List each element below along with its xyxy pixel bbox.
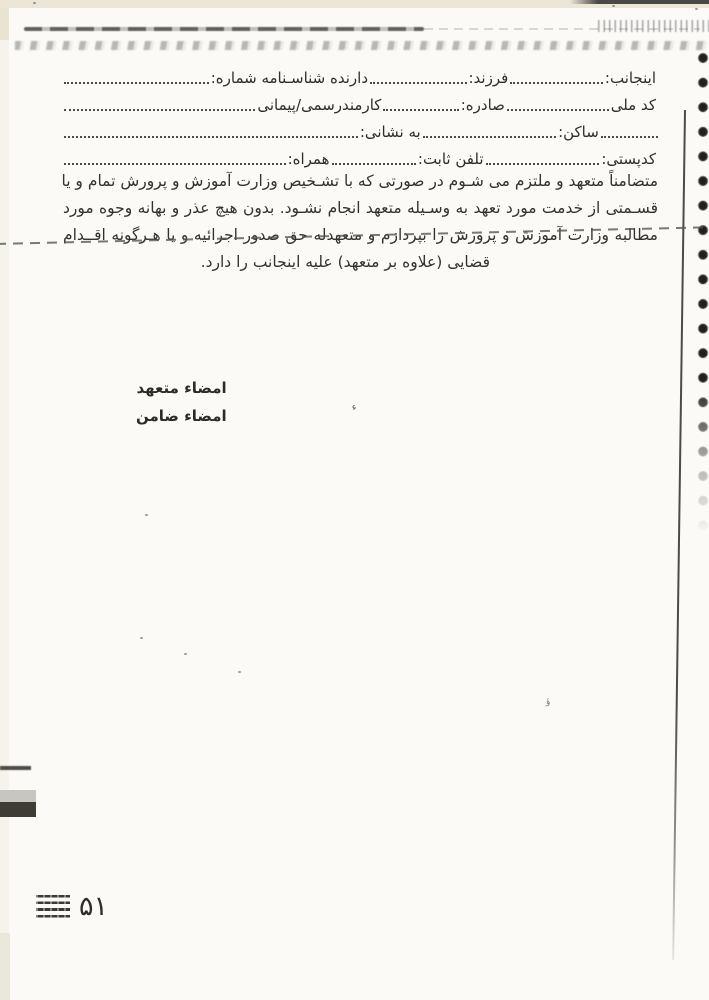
commitment-paragraph: متضامناً متعهد و ملتزم می شـوم در صورتی …	[63, 168, 658, 276]
signature-obligor-label: امضاء متعهد	[136, 374, 227, 402]
stray-ink-mark: ؤ	[546, 698, 550, 707]
page-number: ۵۱	[79, 894, 108, 920]
left-edge-dark-block	[0, 802, 36, 817]
label-landline: تلفن ثابت:	[416, 148, 486, 170]
label-national-code: کد ملی	[609, 94, 658, 116]
blank-id-number-field	[64, 82, 209, 84]
paragraph-line: قسـمتی از خدمت مورد تعهد به وسـیله متعهد…	[63, 195, 658, 222]
signature-block: امضاء متعهد امضاء ضامن	[136, 374, 227, 430]
top-right-tick-texture	[598, 20, 709, 32]
scan-speck	[695, 8, 698, 10]
stacked-lines-icon	[36, 894, 70, 920]
scan-speck	[33, 2, 36, 4]
scan-speck	[184, 653, 187, 655]
blank-city-field	[423, 136, 556, 138]
form-row-contact: کدپستی: تلفن ثابت: همراه:	[64, 143, 658, 170]
scan-speck	[145, 514, 148, 516]
blank-father-field	[370, 82, 466, 84]
left-edge-cream-bottom	[0, 933, 10, 1000]
blank-mobile-field	[64, 163, 286, 165]
form-row-identity: اینجانب: فرزند: دارنده شناسـنامه شماره:	[64, 62, 658, 89]
blank-name-field	[510, 82, 603, 84]
blank-landline-field	[332, 163, 416, 165]
left-edge-thin-mark	[0, 766, 31, 770]
scanned-document-page: { "colors": { "paper": "#fbfaf7", "ink":…	[0, 0, 709, 1000]
form-row-national-id: کد ملی صادره: کارمندرسمی/پیمانی	[64, 89, 658, 116]
label-issued-at: صادره:	[459, 94, 507, 116]
blank-national-code-field	[507, 109, 609, 111]
label-resident: ساکن:	[556, 121, 601, 143]
paragraph-line: متضامناً متعهد و ملتزم می شـوم در صورتی …	[63, 168, 658, 195]
blank-issued-field	[383, 109, 458, 111]
top-right-dark-bar	[570, 0, 709, 4]
form-row-residence: ساکن: به نشانی:	[64, 116, 658, 143]
scan-speck	[238, 671, 241, 673]
scan-speck	[612, 5, 615, 7]
label-postal-code: کدپستی:	[599, 148, 658, 170]
signature-guarantor-label: امضاء ضامن	[136, 402, 227, 430]
left-page-edge-strip	[0, 0, 9, 1000]
label-address: به نشانی:	[358, 121, 423, 143]
label-employee-type: کارمندرسمی/پیمانی	[255, 94, 383, 116]
stray-ink-mark: ء	[351, 403, 359, 414]
top-smudged-text-line	[15, 41, 709, 50]
blank-postal-field	[486, 163, 600, 165]
top-smudge-line	[24, 27, 424, 31]
right-page-edge-line	[672, 110, 686, 960]
spiral-binding-holes	[696, 46, 709, 538]
blank-address-field	[64, 136, 358, 138]
blank-lead-field	[601, 136, 658, 138]
label-child-of: فرزند:	[467, 67, 511, 89]
label-mobile: همراه:	[286, 148, 332, 170]
blank-employee-field	[64, 109, 255, 111]
label-id-card-number: دارنده شناسـنامه شماره:	[209, 67, 370, 89]
page-footer: ۵۱	[36, 894, 108, 920]
scan-speck	[140, 637, 143, 639]
label-undersigned: اینجانب:	[603, 67, 658, 89]
paragraph-line: قضایی (علاوه بر متعهد) علیه اینجانب را د…	[63, 249, 658, 276]
fill-in-form: اینجانب: فرزند: دارنده شناسـنامه شماره: …	[64, 62, 658, 170]
